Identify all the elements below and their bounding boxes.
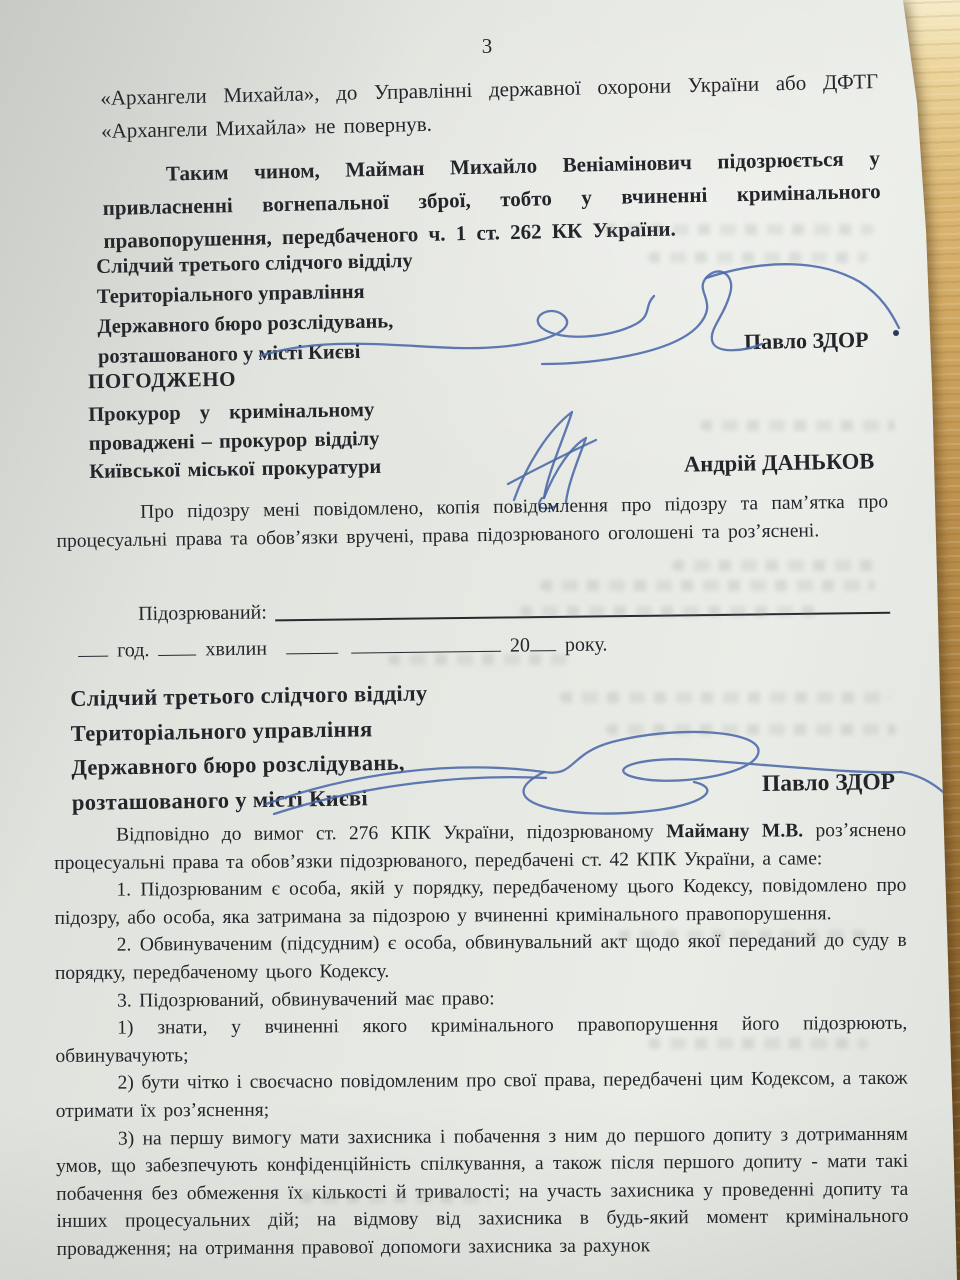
investigator-signer-name-2: Павло ЗДОР: [762, 769, 895, 798]
title-line: розташованого у місті Києві: [98, 336, 415, 372]
bleed-through-text: [560, 692, 890, 703]
investigator-title-block-1: Слідчий третього слідчого відділу Терито…: [96, 246, 415, 372]
photo-of-document: 3 «Архангели Михайла», до Управлінні дер…: [0, 0, 960, 1280]
hours-blank-field: [78, 640, 108, 657]
month-blank-field: [351, 635, 501, 654]
conclusion-paragraph: Таким чином, Майман Михайло Веніамінович…: [102, 142, 882, 258]
bleed-through-text: [672, 560, 882, 571]
bleed-through-text: [648, 252, 868, 263]
year-suffix: року.: [565, 633, 608, 656]
carryover-paragraph: «Архангели Михайла», до Управлінні держа…: [100, 65, 879, 148]
day-blank-field: [286, 637, 338, 655]
investigator-title-block-2: Слідчий третього слідчого відділу Терито…: [70, 676, 429, 820]
hours-label: год.: [117, 639, 150, 661]
bleed-through-text: [520, 606, 820, 617]
title-line: Слідчий третього слідчого відділу: [70, 676, 428, 716]
bleed-through-text: [300, 1192, 490, 1203]
bleed-through-text: [700, 420, 895, 431]
bleed-through-text: [606, 724, 896, 735]
bleed-through-text: [604, 224, 874, 235]
prosecutor-signer-name: Андрій ДАНЬКОВ: [684, 448, 875, 477]
investigator-signer-name-1: Павло ЗДОР: [744, 327, 869, 355]
year-blank-field: [530, 634, 556, 651]
rights-intro-pre: Відповідно до вимог ст. 276 КПК України,…: [116, 821, 666, 845]
bleed-through-text: [388, 654, 568, 665]
minutes-label: хвилин: [205, 638, 267, 661]
suspect-name-bold: Майману М.В.: [666, 820, 803, 842]
title-line: Державного бюро розслідувань,: [97, 306, 414, 342]
minutes-blank-field: [158, 639, 196, 656]
title-line: Київської міської прокуратури: [89, 452, 439, 487]
bleed-through-text: [540, 580, 875, 591]
ink-dot: [893, 330, 899, 336]
agreed-heading: ПОГОДЖЕНО: [88, 367, 237, 395]
rights-intro-paragraph: Відповідно до вимог ст. 276 КПК України,…: [54, 817, 906, 877]
document-page: 3 «Архангели Михайла», до Управлінні дер…: [0, 0, 960, 1280]
page-number: 3: [452, 34, 522, 59]
bleed-through-text: [618, 930, 878, 941]
rights-item: 1. Підозрюваним є особа, якій у порядку,…: [54, 872, 906, 932]
title-line: Державного бюро розслідувань,: [71, 745, 429, 785]
notice-paragraph: Про підозру мені повідомлено, копія пові…: [56, 488, 889, 556]
title-line: Територіального управління: [71, 711, 429, 751]
title-line: Слідчий третього слідчого відділу: [96, 246, 413, 282]
paper-shadow-wrap: 3 «Архангели Михайла», до Управлінні дер…: [0, 0, 960, 1280]
suspect-label: Підозрюваний:: [138, 601, 267, 626]
rights-item: 2) бути чітко і своєчасно повідомленим п…: [56, 1065, 908, 1125]
prosecutor-title-block: Прокурор у кримінальному проваджені – пр…: [88, 395, 439, 487]
title-line: розташованого у місті Києві: [72, 780, 430, 820]
bleed-through-text: [648, 1038, 868, 1049]
